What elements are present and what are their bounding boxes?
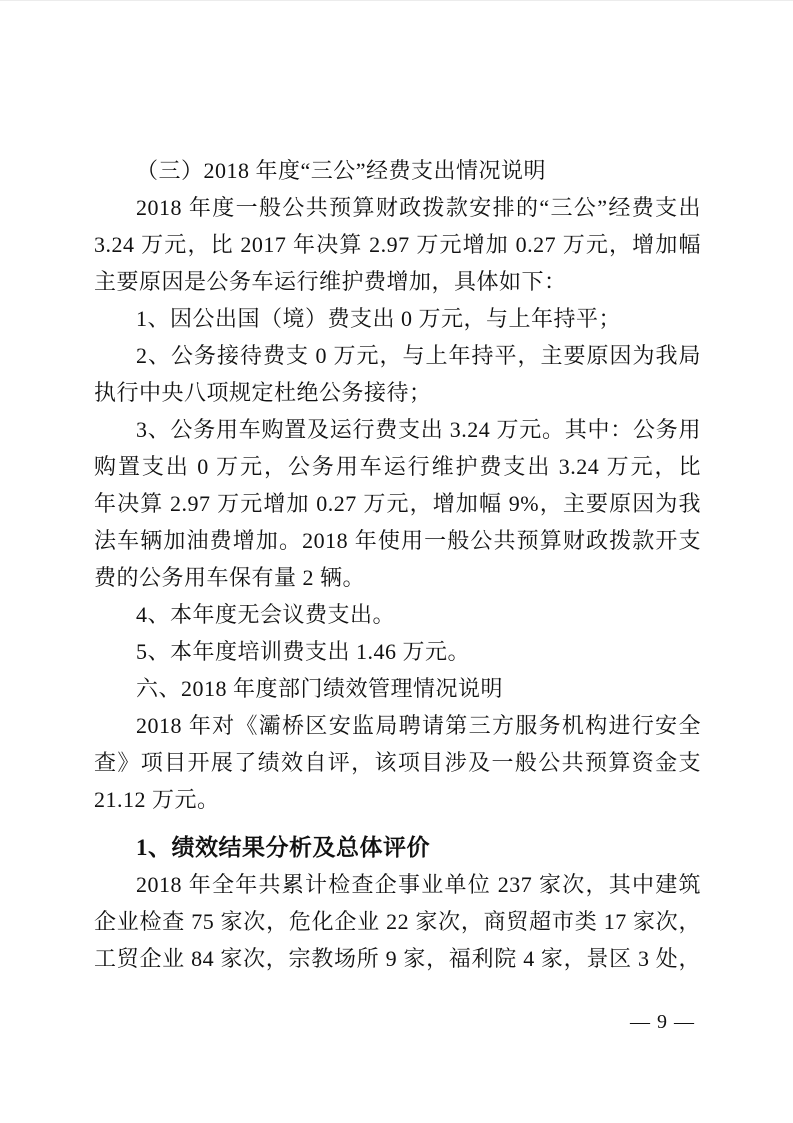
text-line: 2018 年全年共累计检查企事业单位 237 家次，其中建筑施工 <box>94 866 701 903</box>
text-line: 4、本年度无会议费支出。 <box>94 596 701 633</box>
text-line: （三）2018 年度“三公”经费支出情况说明 <box>94 152 701 189</box>
text-line: 企业检查 75 家次，危化企业 22 家次，商贸超市类 17 家次，机械 <box>94 903 701 940</box>
text-line: 3、公务用车购置及运行费支出 3.24 万元。其中：公务用车 <box>94 411 701 448</box>
text-line: 主要原因是公务车运行维护费增加，具体如下： <box>94 263 701 300</box>
section-heading: 1、绩效结果分析及总体评价 <box>94 829 701 866</box>
text-line: 工贸企业 84 家次，宗教场所 9 家，福利院 4 家，景区 3 处，民爆 <box>94 940 701 977</box>
text-line: 21.12 万元。 <box>94 781 701 818</box>
text-line: 法车辆加油费增加。2018 年使用一般公共预算财政拨款开支维护 <box>94 522 701 559</box>
text-line: 购置支出 0 万元，公务用车运行维护费支出 3.24 万元，比 2017 <box>94 448 701 485</box>
document-page: （三）2018 年度“三公”经费支出情况说明2018 年度一般公共预算财政拨款安… <box>0 0 793 1123</box>
text-line: 2018 年对《灞桥区安监局聘请第三方服务机构进行安全检 <box>94 707 701 744</box>
text-line: 年决算 2.97 万元增加 0.27 万元，增加幅 9%，主要原因为我局执 <box>94 485 701 522</box>
text-line: 3.24 万元，比 2017 年决算 2.97 万元增加 0.27 万元，增加幅… <box>94 226 701 263</box>
text-line: 六、2018 年度部门绩效管理情况说明 <box>94 670 701 707</box>
text-line: 5、本年度培训费支出 1.46 万元。 <box>94 633 701 670</box>
text-line: 执行中央八项规定杜绝公务接待； <box>94 374 701 411</box>
text-line: 2、公务接待费支 0 万元，与上年持平，主要原因为我局严格 <box>94 337 701 374</box>
text-line: 1、因公出国（境）费支出 0 万元，与上年持平； <box>94 300 701 337</box>
text-line: 2018 年度一般公共预算财政拨款安排的“三公”经费支出 <box>94 189 701 226</box>
text-line: 费的公务用车保有量 2 辆。 <box>94 559 701 596</box>
page-number: — 9 — <box>555 1008 695 1036</box>
text-line: 查》项目开展了绩效自评，该项目涉及一般公共预算资金支出 <box>94 744 701 781</box>
document-body: （三）2018 年度“三公”经费支出情况说明2018 年度一般公共预算财政拨款安… <box>94 152 701 977</box>
